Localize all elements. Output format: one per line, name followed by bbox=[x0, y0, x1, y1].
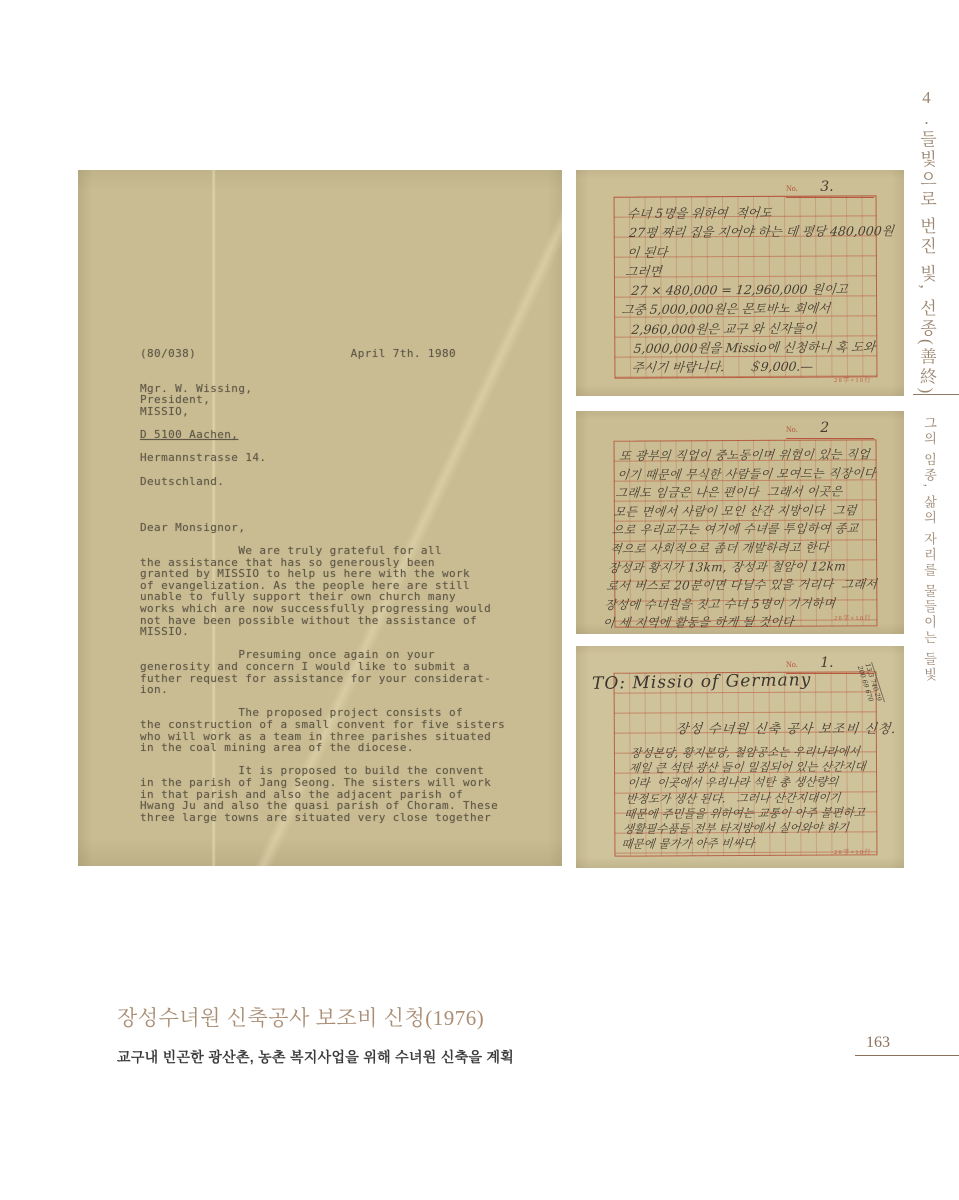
manuscript-scan-no1: No. 1. 13,3 740 29 200 69 670 TO: Missio… bbox=[576, 646, 904, 868]
manuscript-scan-no3: No. 3. 수녀 5명을 위하여 적어도 27평 짜리 집을 지어야 하는 데… bbox=[576, 170, 904, 396]
letter-line: Hwang Ju and also the quasi parish of Ch… bbox=[140, 800, 550, 812]
letter-line: futher request for assistance for your c… bbox=[140, 673, 550, 685]
handwritten-line: 모든 면에서 사람이 모인 산간 지방이다 그럼 bbox=[613, 501, 915, 522]
chapter-number: 4. bbox=[917, 88, 936, 130]
sheet-number-handwritten: 1. bbox=[820, 655, 833, 671]
letter-line: the construction of a small convent for … bbox=[140, 719, 550, 731]
handwritten-line: 적으로 사회적으로 좀더 개발하려고 한다 bbox=[609, 538, 911, 559]
letter-line: We are truly grateful for all bbox=[140, 545, 550, 557]
letter-scan-photo: (80/038) April 7th. 1980Mgr. W. Wissing,… bbox=[78, 170, 562, 866]
letter-line: MISSIO, bbox=[140, 406, 550, 418]
letter-line: (80/038) April 7th. 1980 bbox=[140, 348, 550, 360]
handwritten-line: 그중 5,000,000원은 몬토바노 회에서 bbox=[617, 298, 919, 319]
letter-line: in the parish of Jang Seong. The sisters… bbox=[140, 777, 550, 789]
letter-line bbox=[140, 360, 550, 372]
handwritten-line: 2,960,000원은 교구 와 신자들이 bbox=[615, 318, 917, 339]
handwritten-text: 또 광부의 직업이 중노동이며 위험이 있는 직업이기 때문에 무식한 사람들이… bbox=[602, 445, 920, 633]
handwritten-text: 수녀 5명을 위하여 적어도 27평 짜리 집을 지어야 하는 데 평당 480… bbox=[611, 202, 928, 378]
sheet-number-row: No. 2 bbox=[786, 419, 874, 439]
no-print-label: No. bbox=[786, 425, 798, 434]
manuscript-scan-no2: No. 2 또 광부의 직업이 중노동이며 위험이 있는 직업이기 때문에 무식… bbox=[576, 411, 904, 634]
caption-title: 장성수녀원 신축공사 보조비 신청(1976) bbox=[117, 1002, 717, 1032]
to-missio-header: TO: Missio of Germany bbox=[592, 670, 812, 694]
letter-line bbox=[140, 487, 550, 499]
letter-line: D 5100 Aachen, bbox=[140, 429, 550, 441]
handwritten-line: 27평 짜리 집을 지어야 하는 데 평당 480,000원 bbox=[624, 221, 926, 242]
no-print-label: No. bbox=[786, 184, 798, 193]
handwritten-line: 또 광부의 직업이 중노동이며 위험이 있는 직업 bbox=[618, 445, 920, 466]
handwritten-line: 이 된다 bbox=[622, 240, 924, 261]
book-page: (80/038) April 7th. 1980Mgr. W. Wissing,… bbox=[0, 0, 959, 1200]
handwritten-line: 27 × 480,000 = 12,960,000 원이고 bbox=[619, 279, 921, 300]
stationer-mark: 20字×10行 bbox=[834, 375, 872, 384]
chapter-title-vertical: 4.들빛으로 번진 빛, 선종(善終) bbox=[914, 88, 939, 428]
letter-line: Hermannstrasse 14. bbox=[140, 452, 550, 464]
page-number: 163 bbox=[866, 1034, 890, 1052]
letter-line: works which are now successfully progres… bbox=[140, 603, 550, 615]
letter-line: not have been possible without the assis… bbox=[140, 615, 550, 627]
no-print-label: No. bbox=[786, 660, 798, 669]
letter-typewritten-text: (80/038) April 7th. 1980Mgr. W. Wissing,… bbox=[140, 348, 550, 823]
handwritten-line: 으로 우리교구는 여기에 수녀를 투입하여 종교 bbox=[611, 519, 913, 540]
handwritten-line: 수녀 5명을 위하여 적어도 bbox=[626, 202, 928, 223]
handwritten-line: 장성과 황지가 13km, 장성과 철암이 12km bbox=[607, 556, 909, 577]
letter-line: in the coal mining area of the diocese. bbox=[140, 742, 550, 754]
chapter-subtitle-vertical: 그의 임종, 삶의 자리를 물들이는 들빛 bbox=[920, 416, 939, 746]
letter-line: ion. bbox=[140, 684, 550, 696]
handwritten-line: 그래도 임금은 나은 편이다 그래서 이곳은 bbox=[615, 482, 917, 503]
stationer-mark: 20字×10行 bbox=[834, 847, 872, 856]
handwritten-line: 때문에 주민들을 위하여는 교통이 아주 불편하고 bbox=[624, 805, 906, 822]
letter-line bbox=[140, 499, 550, 511]
letter-line: generosity and concern I would like to s… bbox=[140, 661, 550, 673]
handwritten-line: 이기 때문에 무식한 사람들이 모여드는 직장이다 bbox=[616, 463, 918, 484]
chapter-title-text: 들빛으로 번진 빛, 선종(善終) bbox=[917, 130, 936, 396]
handwritten-text: 장성본당, 황지본당, 철암공소는 우리나라에서제일 큰 석탄 광산 들이 밀집… bbox=[621, 744, 912, 852]
page-number-rule bbox=[855, 1055, 959, 1056]
caption-subtitle: 교구내 빈곤한 광산촌, 농촌 복지사업을 위해 수녀원 신축을 계획 bbox=[117, 1047, 717, 1067]
sheet-number-handwritten: 2 bbox=[820, 420, 829, 436]
letter-line bbox=[140, 464, 550, 476]
sheet-number-handwritten: 3. bbox=[820, 179, 833, 195]
handwritten-line: 그러면 bbox=[620, 260, 922, 281]
letter-line: MISSIO. bbox=[140, 626, 550, 638]
letter-line: Dear Monsignor, bbox=[140, 522, 550, 534]
handwritten-line: 장성에 수녀원을 짓고 수녀 5명이 기거하며 bbox=[604, 594, 906, 615]
handwritten-line: 5,000,000원을 Missio에 신청하니 혹 도와 bbox=[613, 337, 915, 358]
letter-line: Deutschland. bbox=[140, 476, 550, 488]
letter-line: three large towns are situated very clos… bbox=[140, 812, 550, 824]
letter-line: President, bbox=[140, 394, 550, 406]
stationer-mark: 20字×10行 bbox=[834, 613, 872, 622]
application-title-handwritten: 장성 수녀원 신축 공사 보조비 신청. bbox=[675, 718, 898, 737]
handwritten-line: 로서 버스로 20분이면 다닐수 있을 거리다 그래서 bbox=[605, 575, 907, 596]
figure-caption: 장성수녀원 신축공사 보조비 신청(1976) 교구내 빈곤한 광산촌, 농촌 … bbox=[117, 1002, 717, 1067]
chapter-heading-divider bbox=[913, 394, 959, 395]
